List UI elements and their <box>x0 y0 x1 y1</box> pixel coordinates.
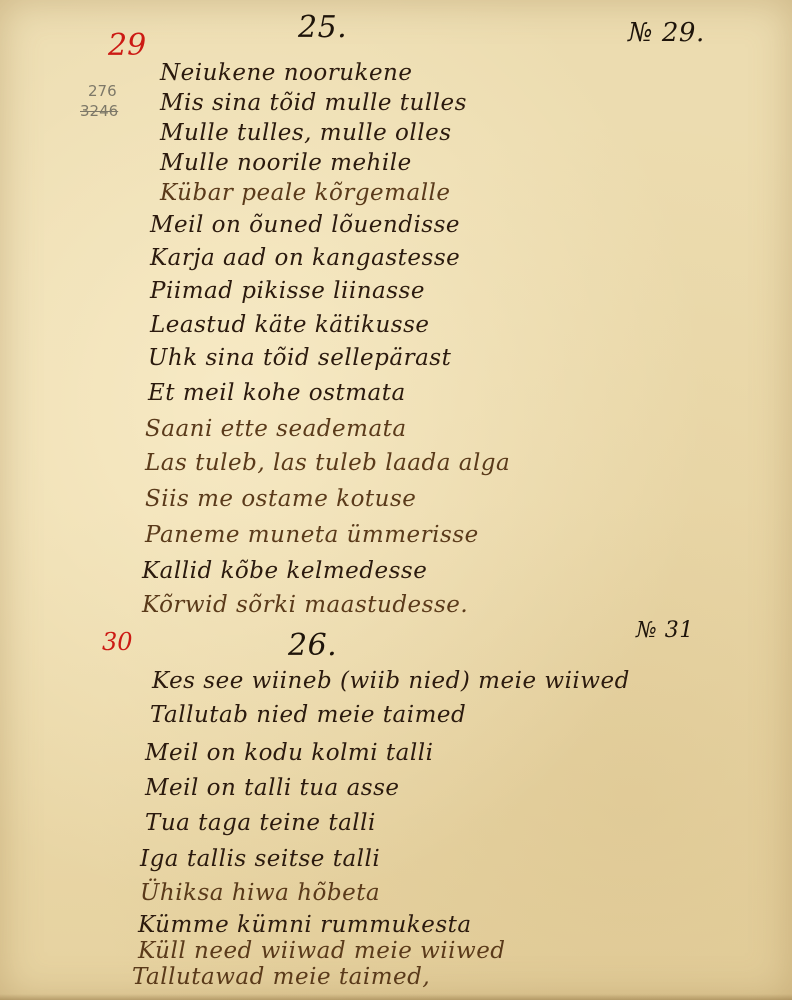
verse-line: Neiukene noorukene <box>160 60 412 86</box>
song-reference: № 29. <box>628 18 705 48</box>
verse-line: Paneme muneta ümmerisse <box>145 522 479 548</box>
manuscript-page: 29 276 3246 30 25. № 29. Neiukene nooruk… <box>0 0 792 1000</box>
verse-line: Meil on õuned lõuendisse <box>150 212 460 238</box>
verse-line: Et meil kohe ostmata <box>148 380 406 406</box>
verse-line: Ühiksa hiwa hõbeta <box>140 880 380 906</box>
verse-line: Leastud käte kätikusse <box>150 312 430 338</box>
verse-line: Meil on kodu kolmi talli <box>145 740 433 766</box>
verse-line: Siis me ostame kotuse <box>145 486 416 512</box>
verse-line: Las tuleb, las tuleb laada alga <box>145 450 510 476</box>
margin-pencil-number-struck: 3246 <box>80 102 118 120</box>
verse-line: Meil on talli tua asse <box>145 775 400 801</box>
verse-line: Kübar peale kõrgemalle <box>160 180 451 206</box>
verse-line: Kõrwid sõrki maastudesse. <box>142 592 468 618</box>
song-number: 26. <box>288 628 337 663</box>
verse-line: Mulle tulles, mulle olles <box>160 120 452 146</box>
verse-line: Tua taga teine talli <box>145 810 376 836</box>
verse-line: Uhk sina tõid sellepärast <box>148 345 451 371</box>
verse-line: Saani ette seademata <box>145 416 407 442</box>
song-reference: № 31 <box>636 618 694 643</box>
verse-line: Kallid kõbe kelmedesse <box>142 558 427 584</box>
verse-line: Tallutab nied meie taimed <box>150 702 466 728</box>
song-number: 25. <box>298 10 347 45</box>
margin-red-number-top: 29 <box>108 28 146 63</box>
verse-line: Piimad pikisse liinasse <box>150 278 425 304</box>
verse-line: Mulle noorile mehile <box>160 150 412 176</box>
verse-line: Kes see wiineb (wiib nied) meie wiiwed <box>152 668 630 694</box>
verse-line: Karja aad on kangastesse <box>150 245 460 271</box>
verse-line: Mis sina tõid mulle tulles <box>160 90 467 116</box>
verse-line: Küll need wiiwad meie wiiwed <box>138 938 506 964</box>
margin-pencil-number: 276 <box>88 82 117 100</box>
verse-line: Iga tallis seitse talli <box>140 846 380 872</box>
margin-red-number-middle: 30 <box>102 628 133 656</box>
verse-line: Kümme kümni rummukesta <box>138 912 472 938</box>
verse-line: Tallutawad meie taimed, <box>132 964 430 990</box>
